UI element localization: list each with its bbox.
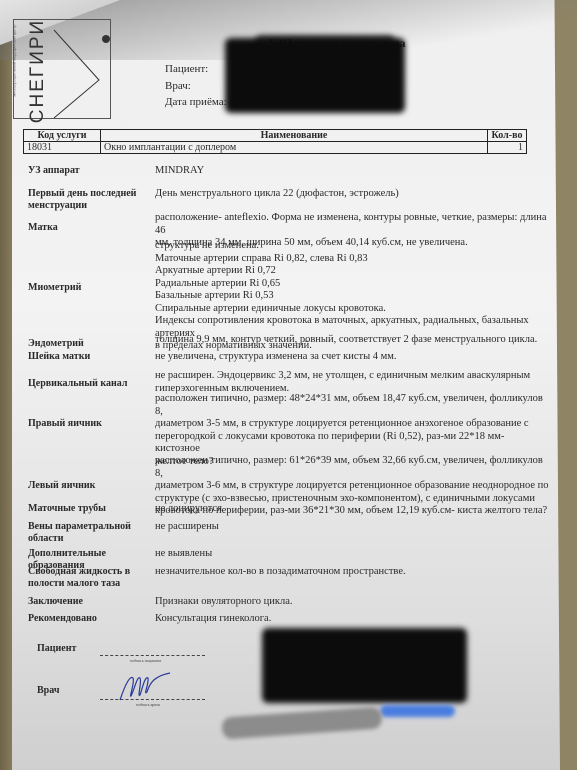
finding-value-line: диаметром 3-5 мм, в структуре лоцируется… [155,418,550,431]
table-row: 18031 Окно имплантации с доплером 1 [24,142,527,154]
redaction-footer-blue [380,705,455,717]
visit-date-label: Дата приёма: [165,96,227,108]
logo-text: СНЕГИРИ [27,19,49,123]
redaction-header [225,38,405,113]
finding-label: Заключение [28,596,148,608]
finding-value-line: Аркуатные артерии Ri 0,72 [155,265,550,278]
logo-subtext: многопрофильный медицинский центр [12,24,17,96]
finding-value: MINDRAY [155,165,550,178]
patient-signature-caption: подпись пациента [130,658,161,663]
finding-value: незначительное кол-во в позадиматочном п… [155,566,550,579]
patient-signature-label: Пациент [37,643,76,654]
finding-value: Консультация гинеколога. [155,613,550,626]
finding-label: Эндометрий [28,338,148,350]
finding-value: толщина 9,9 мм, контур четкий, ровный, с… [155,334,550,347]
service-code: 18031 [24,142,101,154]
redaction-header-top [255,35,395,47]
services-table: Код услуги Наименование Кол-во 18031 Окн… [23,129,527,154]
finding-value-line: MINDRAY [155,165,550,178]
finding-value-line: Маточные артерии справа Ri 0,82, слева R… [155,253,550,266]
finding-value: День менструального цикла 22 (дюфастон, … [155,188,550,201]
finding-value-line: Базальные артерии Ri 0,53 [155,290,550,303]
services-table-header: Код услуги Наименование Кол-во [24,130,527,142]
finding-label: Матка [28,222,148,234]
finding-value-line: День менструального цикла 22 (дюфастон, … [155,188,550,201]
doctor-signature-label: Врач [37,685,59,696]
finding-value: не расширены [155,521,550,534]
finding-value: не лоцируются [155,503,550,516]
finding-label: Шейка матки [28,351,148,363]
finding-value-line: расположен типично, размер: 48*24*31 мм,… [155,393,550,418]
finding-value-line: диаметром 3-6 мм, в структуре лоцируется… [155,480,550,493]
finding-label: Цервикальный канал [28,378,148,390]
patient-signature-line [100,655,205,656]
finding-value-line: Спиральные артерии единичные локусы кров… [155,303,550,316]
finding-value: не увеличена, структура изменена за счет… [155,351,550,364]
finding-label: Правый яичник [28,418,148,430]
finding-label: Свободная жидкость в полости малого таза [28,566,148,590]
finding-value: Признаки овуляторного цикла. [155,596,550,609]
finding-value-line: Признаки овуляторного цикла. [155,596,550,609]
finding-value: не расширен. Эндоцервикс 3,2 мм, не утол… [155,370,550,395]
finding-label: Левый яичник [28,480,148,492]
finding-value-line: Радиальные артерии Ri 0,65 [155,278,550,291]
finding-value-line: перегородкой с локусами кровотока по пер… [155,431,550,456]
col-name: Наименование [101,130,488,142]
finding-value-line: Консультация гинеколога. [155,613,550,626]
finding-value-line: незначительное кол-во в позадиматочном п… [155,566,550,579]
finding-label: УЗ аппарат [28,165,148,177]
col-qty: Кол-во [488,130,527,142]
finding-value: не выявлены [155,548,550,561]
doctor-signature-icon [115,670,175,705]
finding-label: Миометрий [28,282,148,294]
finding-value-line: расположение- anteflexio. Форма не измен… [155,212,550,237]
finding-value-line: не расширен. Эндоцервикс 3,2 мм, не утол… [155,370,550,383]
clinic-logo: СНЕГИРИ многопрофильный медицинский цент… [13,19,111,119]
service-qty: 1 [488,142,527,154]
finding-value-line: не выявлены [155,548,550,561]
finding-label: Маточные трубы [28,503,148,515]
finding-value-line: расположен типично, размер: 61*26*39 мм,… [155,455,550,480]
finding-label: Первый день последней менструации [28,188,148,212]
finding-value-line: не лоцируются [155,503,550,516]
finding-value-line: толщина 9,9 мм, контур четкий, ровный, с… [155,334,550,347]
finding-value-line: не расширены [155,521,550,534]
doctor-label: Врач: [165,80,191,92]
finding-value-line: структура не изменена. [155,240,550,253]
patient-label: Пациент: [165,63,208,75]
finding-value-line: не увеличена, структура изменена за счет… [155,351,550,364]
finding-label: Рекомендовано [28,613,148,625]
finding-label: Вены параметральной области [28,521,148,545]
redaction-footer [262,628,467,703]
col-code: Код услуги [24,130,101,142]
service-name: Окно имплантации с доплером [101,142,488,154]
